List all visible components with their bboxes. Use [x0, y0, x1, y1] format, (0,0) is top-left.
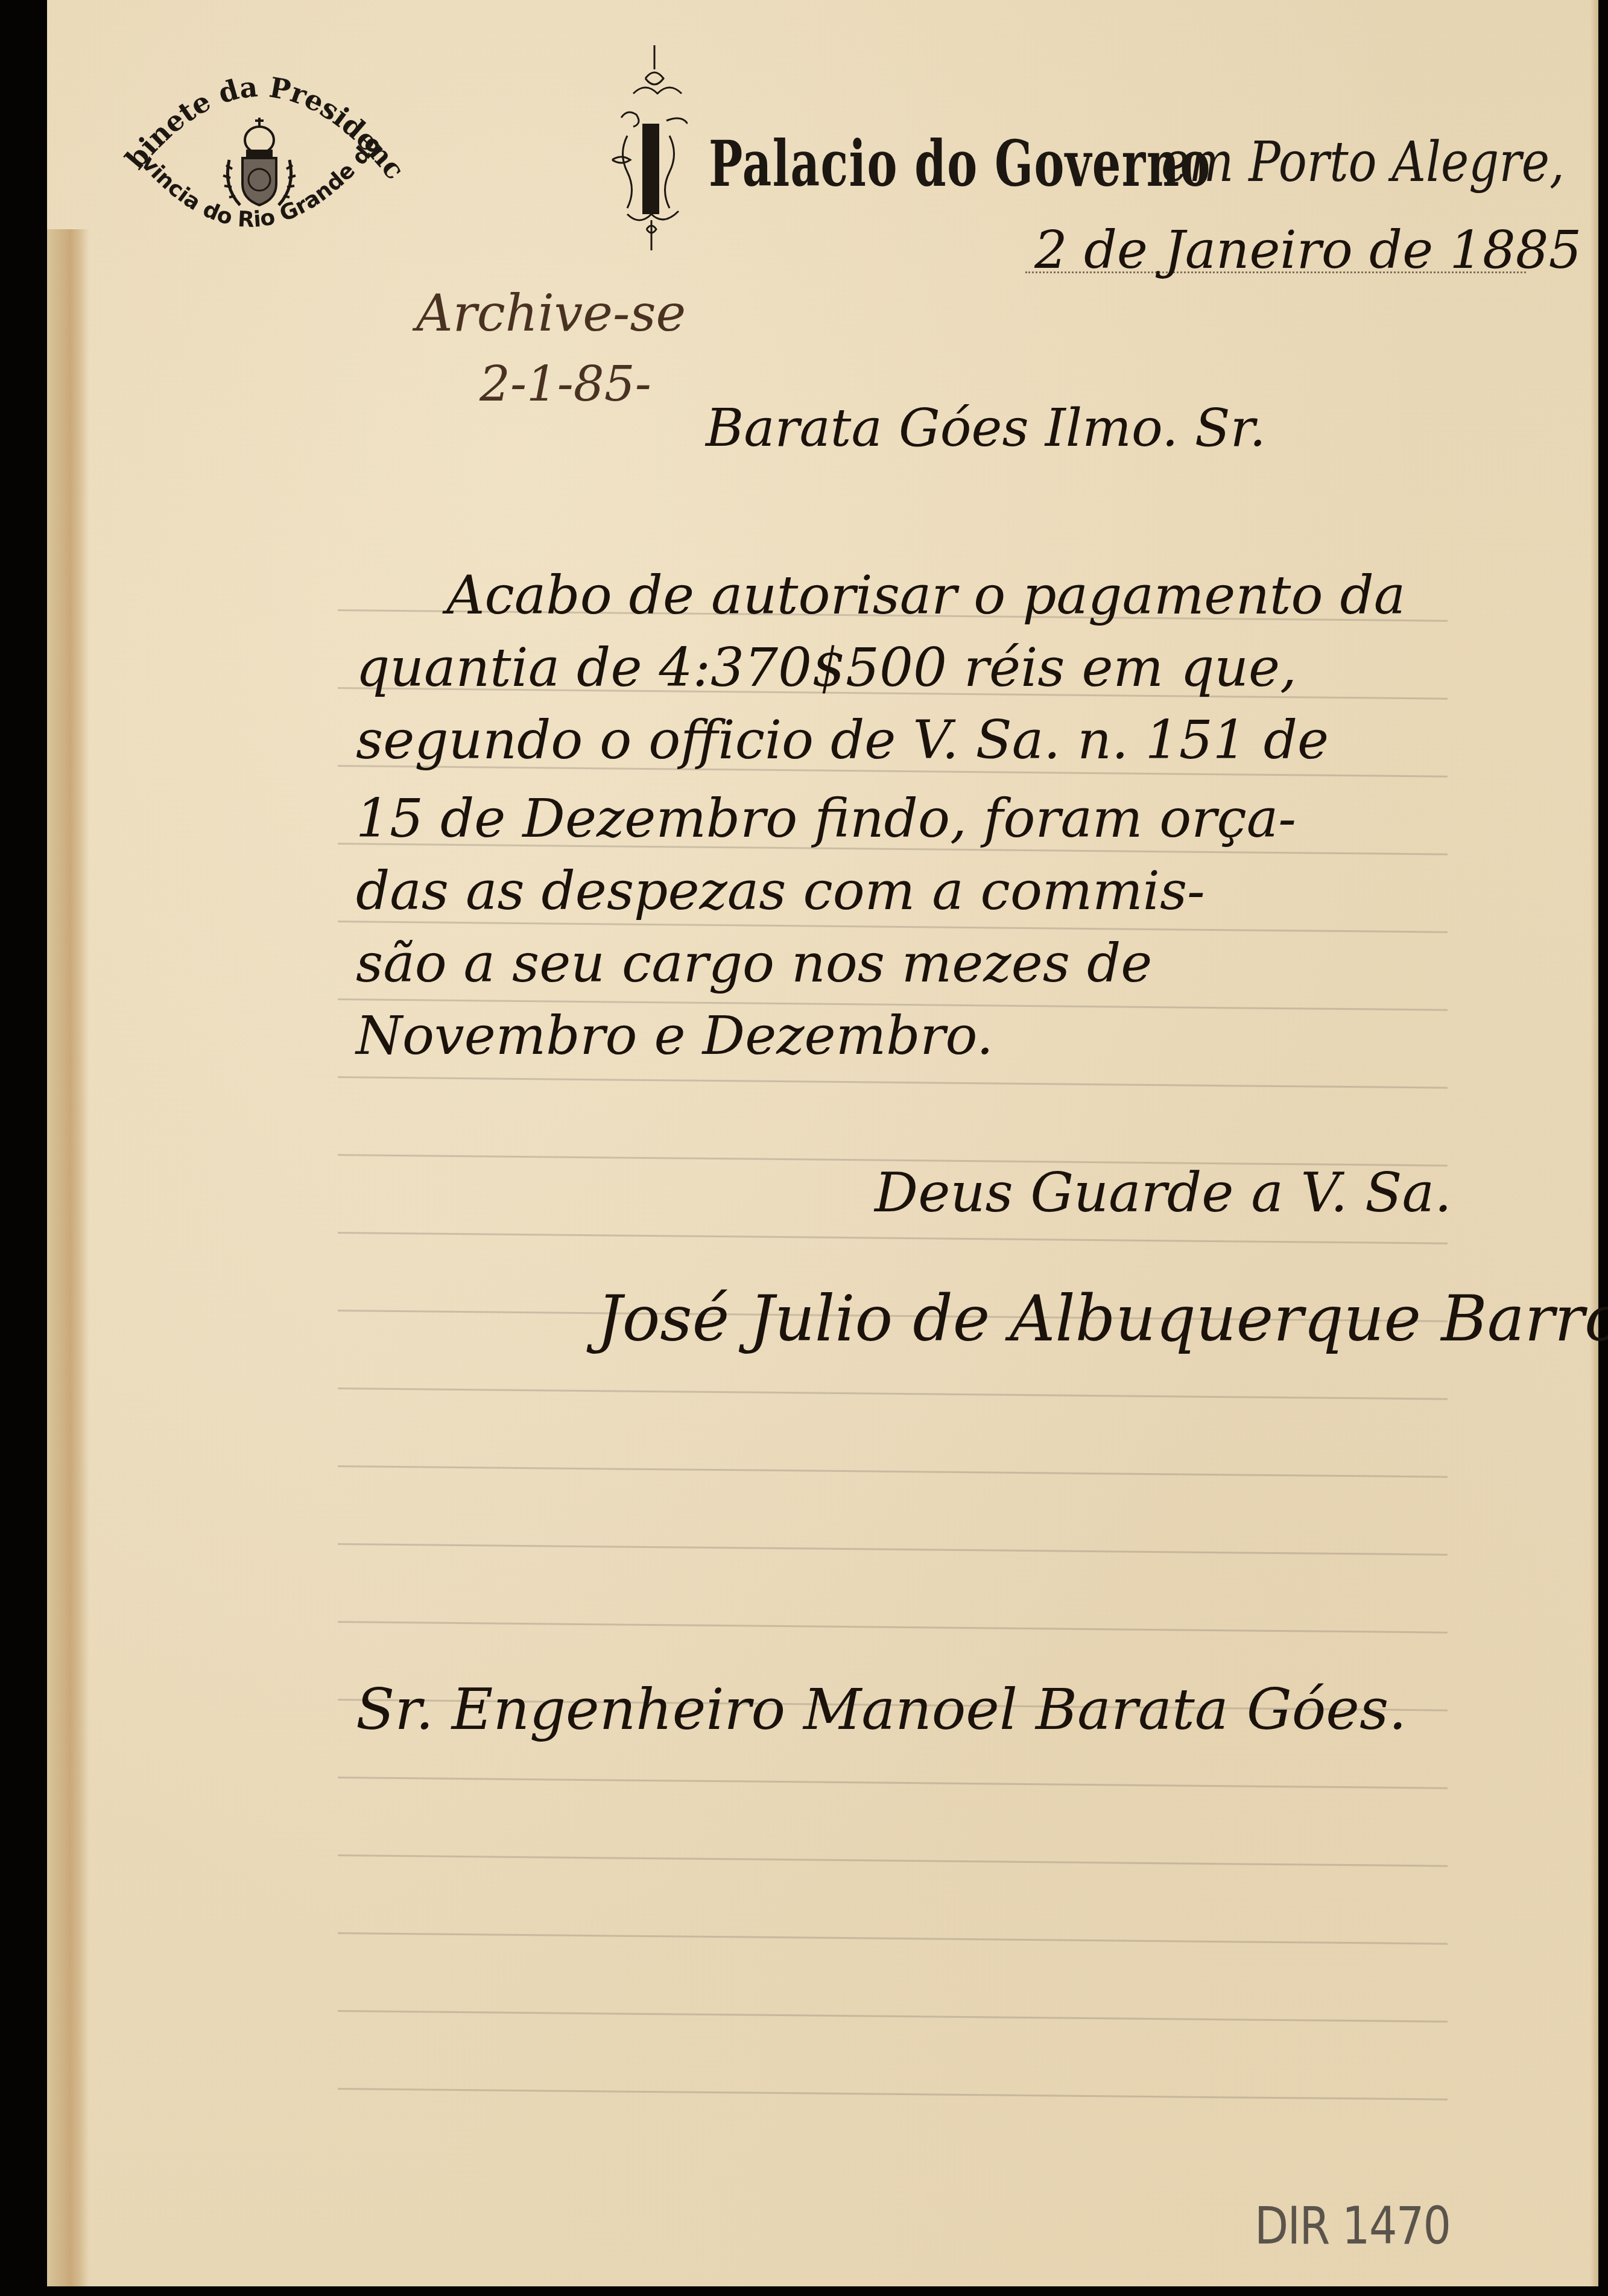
- floral-flourish-icon: [609, 45, 688, 250]
- addressee: Sr. Engenheiro Manoel Barata Góes.: [356, 1677, 1407, 1743]
- body-line: são a seu cargo nos mezes de: [356, 932, 1152, 994]
- presidency-seal: Gabinete da Presidencia Provincia do Rio…: [103, 54, 416, 247]
- body-line: Acabo de autorisar o pagamento da: [446, 564, 1405, 626]
- body-line: 15 de Dezembro findo, foram orça-: [356, 787, 1296, 849]
- archive-note-line2: 2-1-85-: [480, 356, 651, 412]
- signature: José Julio de Albuquerque Barros: [597, 1282, 1608, 1356]
- archive-note-line1: Archive-se: [416, 284, 686, 343]
- torn-stained-edge: [47, 229, 89, 2286]
- body-line: segundo o officio de V. Sa. n. 151 de: [356, 709, 1329, 771]
- body-line: das as despezas com a commis-: [356, 860, 1205, 922]
- paper-right-edge: [1590, 0, 1598, 2286]
- imperial-coat-of-arms-icon: Gabinete da Presidencia Provincia do Rio…: [103, 54, 416, 247]
- letterhead-place: em Porto Alegre,: [1161, 130, 1565, 194]
- body-line: quantia de 4:370$500 réis em que,: [356, 636, 1297, 699]
- archive-reference-number: DIR 1470: [1255, 2196, 1450, 2256]
- salutation: Barata Góes Ilmo. Sr.: [706, 398, 1266, 458]
- letterhead-title: Palacio do Governo: [709, 127, 1211, 201]
- closing-formula: Deus Guarde a V. Sa.: [875, 1161, 1452, 1225]
- letter-date: 2 de Janeiro de 1885: [1034, 220, 1581, 281]
- body-line: Novembro e Dezembro.: [356, 1004, 993, 1067]
